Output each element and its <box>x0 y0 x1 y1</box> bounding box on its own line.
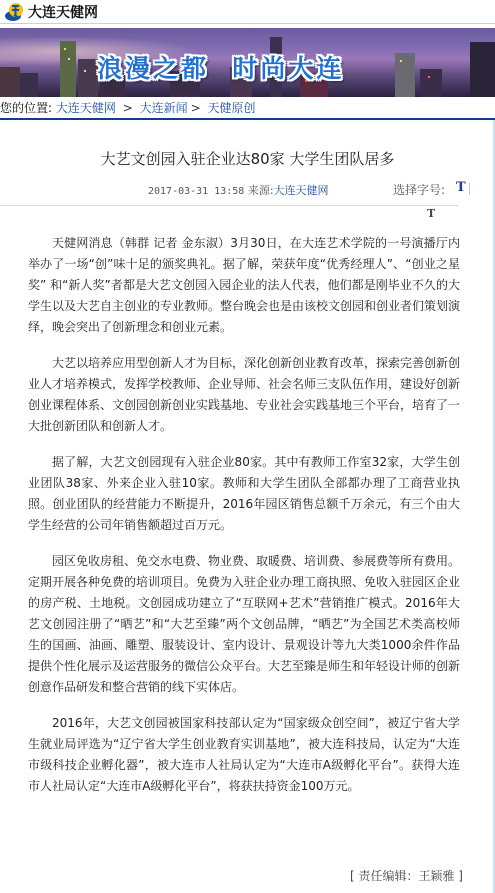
article-body: 天健网消息（韩群 记者 金东淑）3月30日，在大连艺术学院的一号演播厅内举办了一… <box>28 233 460 812</box>
breadcrumb-home-link[interactable]: 大连天健网 <box>56 101 116 115</box>
article-paragraph: 天健网消息（韩群 记者 金东淑）3月30日，在大连艺术学院的一号演播厅内举办了一… <box>28 233 460 338</box>
breadcrumb-news-link[interactable]: 大连新闻 <box>140 101 188 115</box>
banner: 浪漫之都 时尚大连 <box>0 28 495 97</box>
font-size-large-button[interactable]: T <box>456 180 466 195</box>
font-size-separator <box>469 183 470 195</box>
tianjian-logo-icon <box>4 2 26 22</box>
font-size-label: 选择字号: <box>393 181 445 198</box>
breadcrumb: 您的位置: 大连天健网 > 大连新闻> 天健原创 <box>0 99 495 120</box>
banner-slogan: 浪漫之都 时尚大连 <box>97 49 344 85</box>
banner-window <box>64 48 66 50</box>
banner-building <box>470 42 495 97</box>
banner-window <box>428 76 430 78</box>
banner-building <box>0 67 20 97</box>
breadcrumb-separator: > <box>123 101 133 115</box>
source-label: 来源: <box>248 184 274 197</box>
font-size-small-button[interactable]: T <box>427 207 435 220</box>
article-paragraph: 据了解，大艺文创园现有入驻企业80家。其中有教师工作室32家，大学生创业团队38… <box>28 452 460 536</box>
banner-window <box>400 60 402 62</box>
header-divider <box>0 205 458 206</box>
banner-window <box>68 58 70 60</box>
site-header: 大连天健网 <box>0 0 495 24</box>
article-meta: 2017-03-31 13:58 来源:大连天健网 <box>148 182 329 198</box>
banner-window <box>84 70 86 72</box>
article-paragraph: 大艺以培养应用型创新人才为目标，深化创新创业教育改革，探索完善创新创业人才培养模… <box>28 353 460 437</box>
site-logo-text: 大连天健网 <box>28 2 98 22</box>
breadcrumb-separator: > <box>191 101 201 115</box>
banner-building <box>420 69 442 97</box>
breadcrumb-original-link[interactable]: 天健原创 <box>208 101 256 115</box>
banner-building <box>395 53 415 97</box>
breadcrumb-label: 您的位置: <box>0 101 52 115</box>
site-logo[interactable]: 大连天健网 <box>4 2 98 22</box>
banner-building <box>60 41 76 97</box>
source-link[interactable]: 大连天健网 <box>274 184 329 197</box>
banner-building <box>20 73 38 97</box>
article-paragraph: 园区免收房租、免交水电费、物业费、取暖费、培训费、参展费等所有费用。定期开展各种… <box>28 551 460 698</box>
banner-building <box>78 59 98 97</box>
responsible-editor: [ 责任编辑：王颖雅 ] <box>350 867 463 884</box>
article-datetime: 2017-03-31 13:58 <box>148 186 244 197</box>
article-paragraph: 2016年，大艺文创园被国家科技部认定为“国家级众创空间”，被辽宁省大学生就业局… <box>28 713 460 797</box>
article-title: 大艺文创园入驻企业达80家 大学生团队居多 <box>0 148 495 169</box>
